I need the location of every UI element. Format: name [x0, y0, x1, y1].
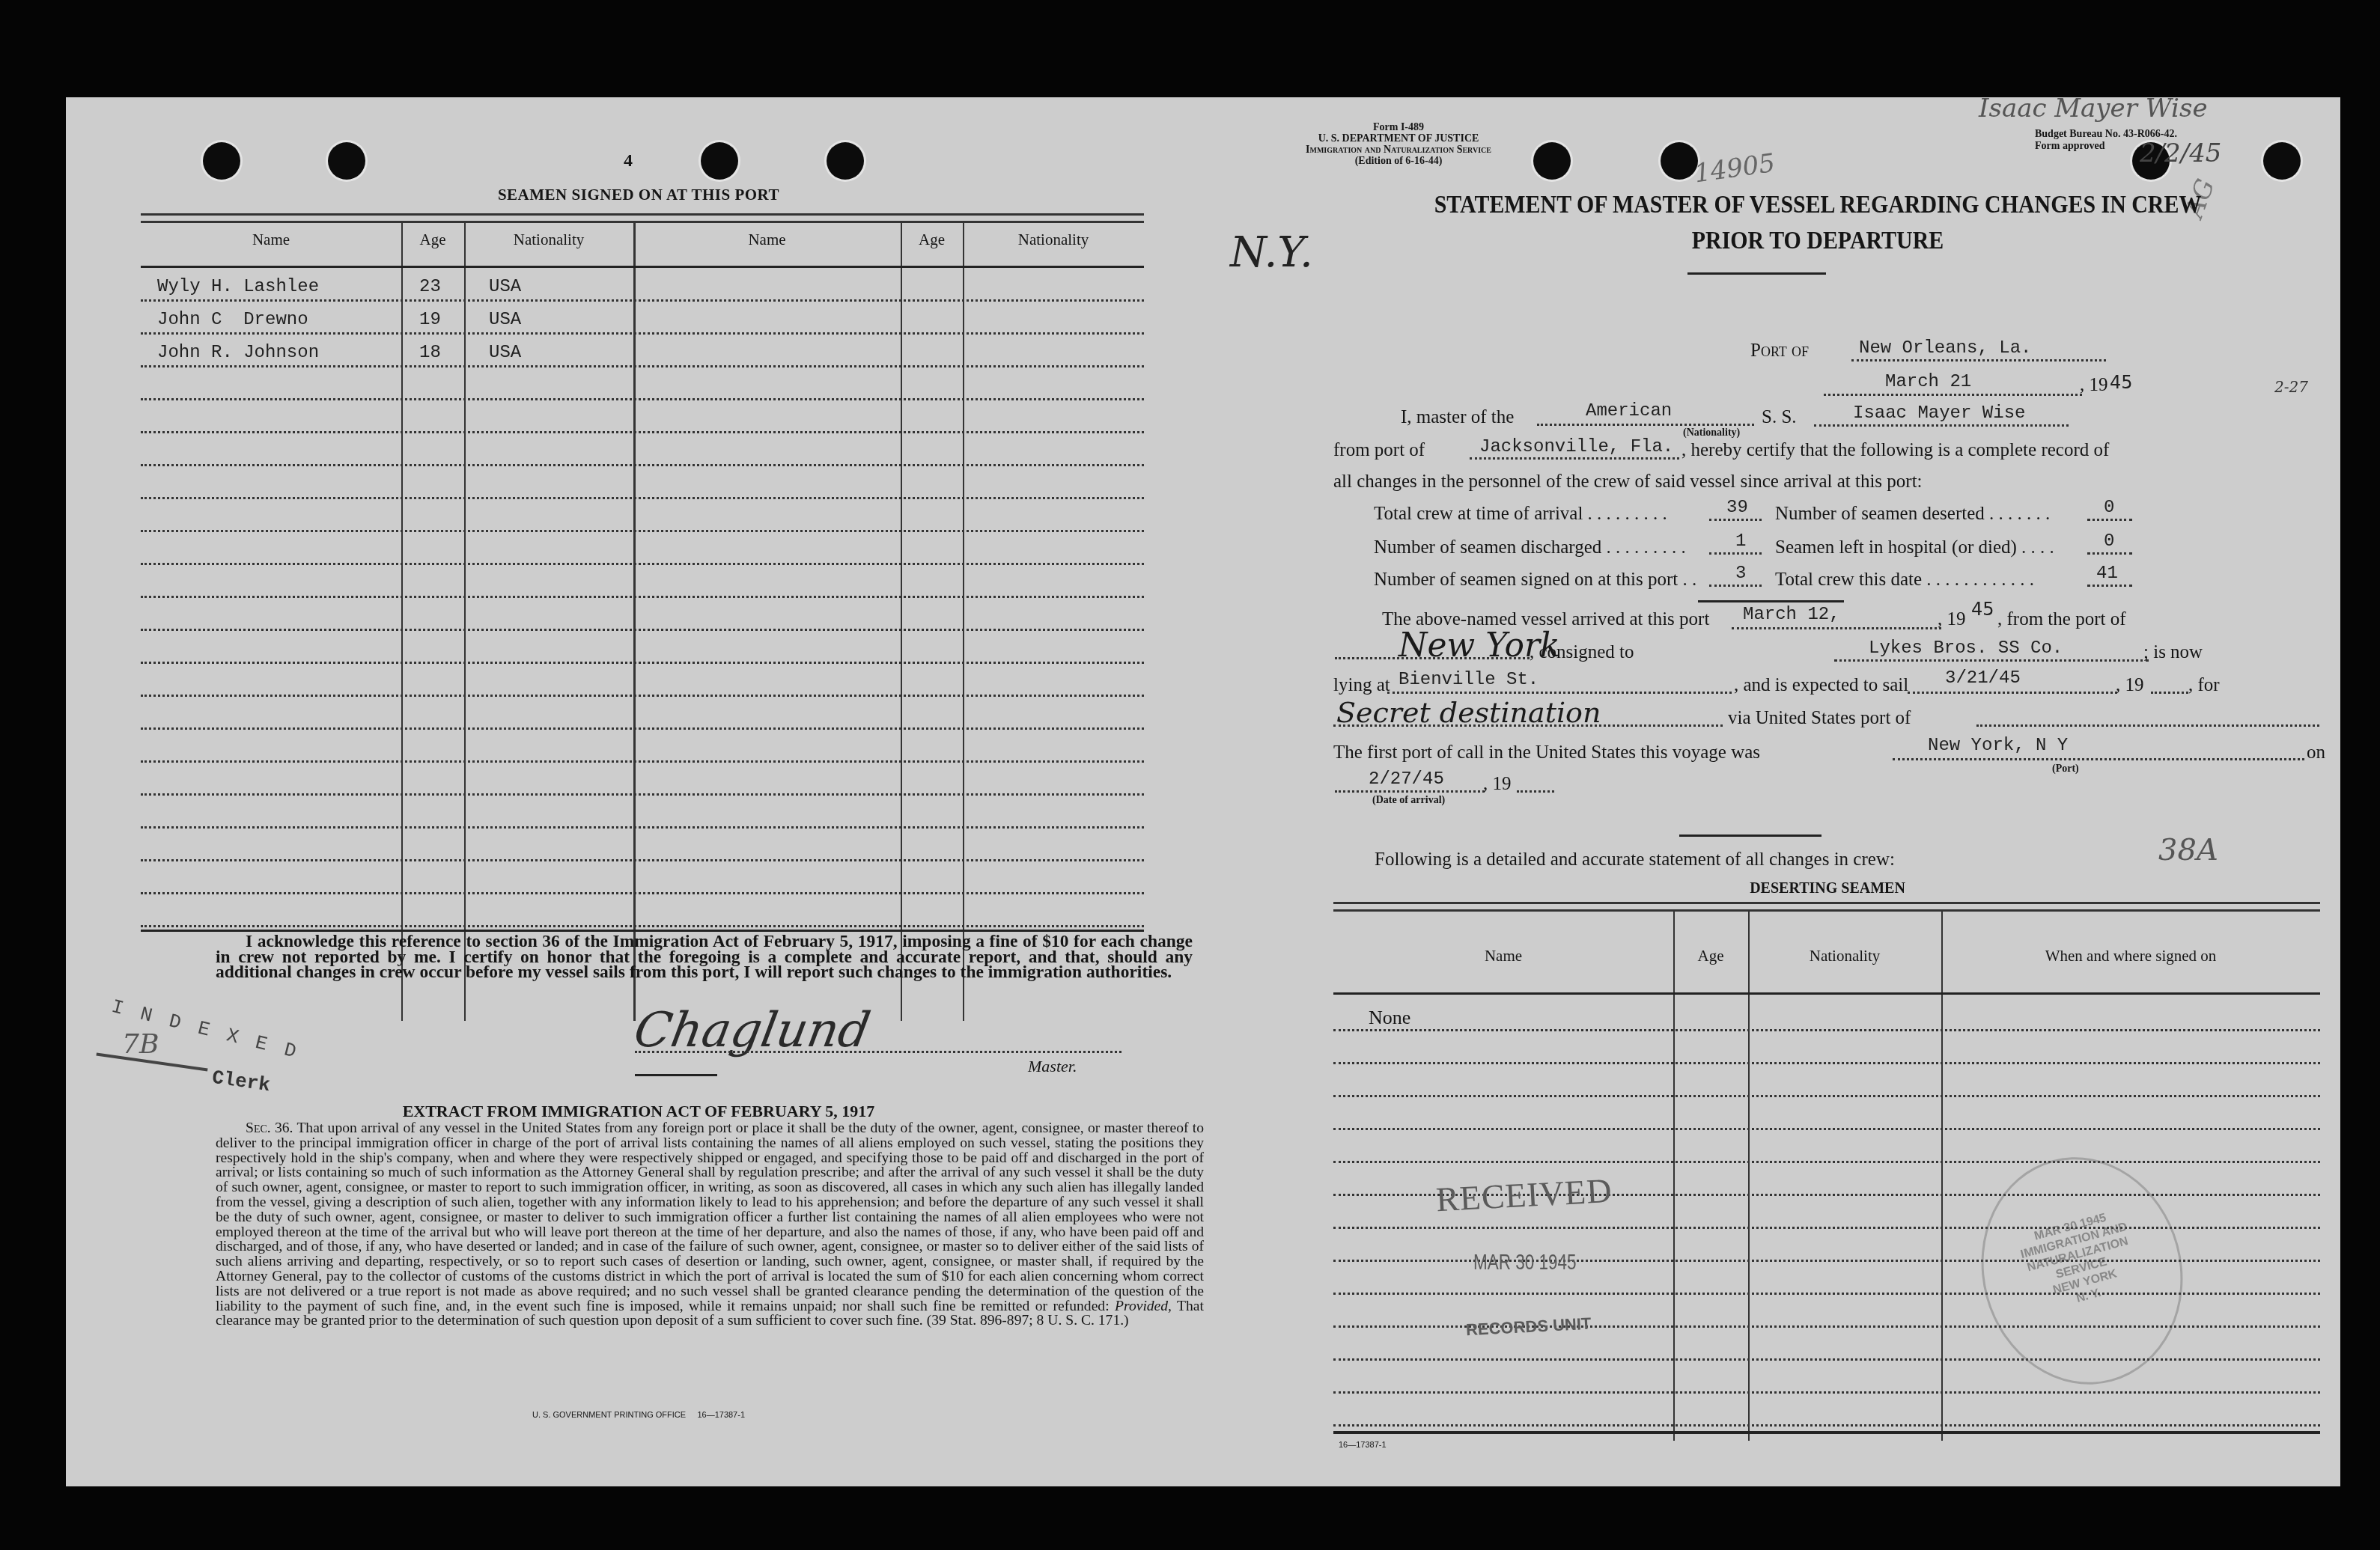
- department: U. S. DEPARTMENT OF JUSTICE: [1256, 133, 1541, 144]
- on-label: on: [2307, 742, 2325, 763]
- form-title: STATEMENT OF MASTER OF VESSEL REGARDING …: [1357, 187, 2279, 259]
- is-now: ; is now: [2143, 642, 2203, 663]
- port-caption: (Port): [2052, 763, 2079, 775]
- deserter-name: None: [1369, 1007, 1410, 1029]
- stat-hospital-value: 0: [2104, 531, 2114, 552]
- form-header: Form I-489 U. S. DEPARTMENT OF JUSTICE I…: [1256, 122, 1541, 167]
- printer-line: U. S. GOVERNMENT PRINTING OFFICE 16—1738…: [216, 1411, 1062, 1420]
- footer-code: 16—17387-1: [1339, 1441, 1387, 1450]
- master-signature: Chaglund: [630, 1003, 874, 1058]
- punch-hole-icon: [2263, 142, 2301, 180]
- section-36-text: Sec. 36. That upon arrival of any vessel…: [216, 1121, 1204, 1328]
- statement-date: March 21: [1885, 372, 1971, 392]
- stat-signed-on-label: Number of seamen signed on at this port …: [1374, 570, 1696, 591]
- handwritten-port: N.Y.: [1230, 228, 1313, 277]
- header-age-1: Age: [401, 231, 464, 249]
- clerk-label: Clerk: [210, 1067, 271, 1097]
- received-stamp: RECEIVED: [1435, 1171, 1613, 1219]
- arrived-year-prefix: , 19: [1938, 609, 1966, 630]
- seaman-age: 18: [419, 343, 441, 363]
- sail-date: 3/21/45: [1945, 668, 2021, 689]
- stat-deserted-label: Number of seamen deserted . . . . . . .: [1775, 504, 2050, 525]
- certify-text: , hereby certify that the following is a…: [1681, 440, 2109, 461]
- lying-at-label: lying at: [1333, 675, 1390, 696]
- header-name: Name: [1333, 947, 1673, 965]
- seaman-age: 19: [419, 310, 441, 330]
- from-port-value: Jacksonville, Fla.: [1479, 437, 1673, 457]
- from-port-label: from port of: [1333, 440, 1425, 461]
- form-number: Form I-489: [1256, 122, 1541, 133]
- for-label: , for: [2188, 675, 2220, 696]
- header-age: Age: [1673, 947, 1748, 965]
- year-prefix: , 19: [2080, 375, 2108, 396]
- service: Immigration and Naturalization Service: [1256, 144, 1541, 156]
- stat-deserted-value: 0: [2104, 498, 2114, 518]
- header-name-1: Name: [141, 231, 401, 249]
- nationality-caption: (Nationality): [1683, 427, 1740, 439]
- handwritten-margin-date: 2-27: [2274, 378, 2308, 396]
- master-label: Master.: [1028, 1057, 1077, 1076]
- stat-total-date-label: Total crew this date . . . . . . . . . .…: [1775, 570, 2034, 591]
- header-when-where: When and where signed on: [1941, 947, 2320, 965]
- seaman-name: Wyly H. Lashlee: [157, 277, 319, 297]
- records-unit-stamp: RECORDS UNIT: [1465, 1314, 1592, 1340]
- vessel-nationality: American: [1586, 401, 1672, 421]
- indexed-initials: 7B: [122, 1029, 159, 1060]
- handwritten-ship-name: Isaac Mayer Wise: [1979, 94, 2208, 123]
- ss-label: S. S.: [1762, 407, 1797, 428]
- document-paper: 4 SEAMEN SIGNED ON AT THIS PORT Name Age…: [66, 97, 2340, 1486]
- stat-total-date-value: 41: [2096, 564, 2118, 584]
- header-age-2: Age: [901, 231, 963, 249]
- punch-hole-icon: [827, 142, 864, 180]
- master-of-label: I, master of the: [1401, 407, 1514, 428]
- seaman-nationality: USA: [489, 310, 521, 330]
- punch-hole-icon: [203, 142, 240, 180]
- seaman-nationality: USA: [489, 343, 521, 363]
- first-arrival-date: 2/27/45: [1369, 769, 1444, 790]
- consigned-label: , consigned to: [1530, 642, 1634, 663]
- form-approved: Form approved: [2035, 141, 2104, 153]
- header-nationality-2: Nationality: [963, 231, 1144, 249]
- seaman-age: 23: [419, 277, 441, 297]
- sail-year-prefix: , 19: [2116, 675, 2144, 696]
- header-name-2: Name: [633, 231, 901, 249]
- handwritten-date: 2/2/45: [2140, 138, 2221, 168]
- following-text: Following is a detailed and accurate sta…: [1375, 849, 1895, 870]
- stat-total-arrival-value: 39: [1726, 498, 1748, 518]
- punch-hole-icon: [701, 142, 738, 180]
- received-date-stamp: MAR 30 1945: [1473, 1250, 1577, 1275]
- arrived-year: 45: [1971, 599, 1994, 620]
- first-port-label: The first port of call in the United Sta…: [1333, 742, 1760, 763]
- punch-hole-icon: [328, 142, 365, 180]
- changes-text: all changes in the personnel of the crew…: [1333, 472, 1923, 492]
- port-value: New Orleans, La.: [1859, 338, 2031, 358]
- header-nationality: Nationality: [1748, 947, 1941, 965]
- stat-discharged-value: 1: [1735, 531, 1746, 552]
- extract-title: EXTRACT FROM IMMIGRATION ACT OF FEBRUARY…: [216, 1102, 1062, 1121]
- deserting-seamen-title: DESERTING SEAMEN: [1333, 880, 2322, 897]
- handwritten-page-ref: 38A: [2158, 833, 2218, 867]
- header-nationality-1: Nationality: [464, 231, 633, 249]
- ship-name: Isaac Mayer Wise: [1853, 403, 2025, 424]
- date-of-arrival-caption: (Date of arrival): [1372, 795, 1445, 807]
- via-label: via United States port of: [1728, 708, 1911, 729]
- stat-signed-on-value: 3: [1735, 564, 1746, 584]
- acknowledgement-text: I acknowledge this reference to section …: [216, 934, 1193, 980]
- arrival-year-prefix: , 19: [1483, 774, 1512, 795]
- handwritten-number: 14905: [1693, 148, 1777, 189]
- page-number: 4: [624, 151, 633, 171]
- statement-year: 45: [2110, 372, 2133, 393]
- expected-sail-label: , and is expected to sail: [1734, 675, 1908, 696]
- stat-total-arrival-label: Total crew at time of arrival . . . . . …: [1374, 504, 1667, 525]
- arrived-date: March 12,: [1743, 605, 1840, 625]
- consignee: Lykes Bros. SS Co.: [1869, 638, 2063, 659]
- stat-discharged-label: Number of seamen discharged . . . . . . …: [1374, 537, 1686, 558]
- section-title-seamen-signed-on: SEAMEN SIGNED ON AT THIS PORT: [141, 186, 1136, 204]
- port-label: Port of: [1750, 341, 1809, 361]
- stat-hospital-label: Seamen left in hospital (or died) . . . …: [1775, 537, 2054, 558]
- edition: (Edition of 6-16-44): [1256, 156, 1541, 167]
- seaman-name: John C Drewno: [157, 310, 308, 330]
- lying-at-value: Bienville St.: [1399, 670, 1539, 690]
- from-the-port-of: , from the port of: [1997, 609, 2125, 630]
- round-receipt-stamp: MAR 30 1945 IMMIGRATION AND NATURALIZATI…: [1956, 1135, 2208, 1407]
- seaman-name: John R. Johnson: [157, 343, 319, 363]
- first-port-value: New York, N Y: [1928, 736, 2068, 756]
- seaman-nationality: USA: [489, 277, 521, 297]
